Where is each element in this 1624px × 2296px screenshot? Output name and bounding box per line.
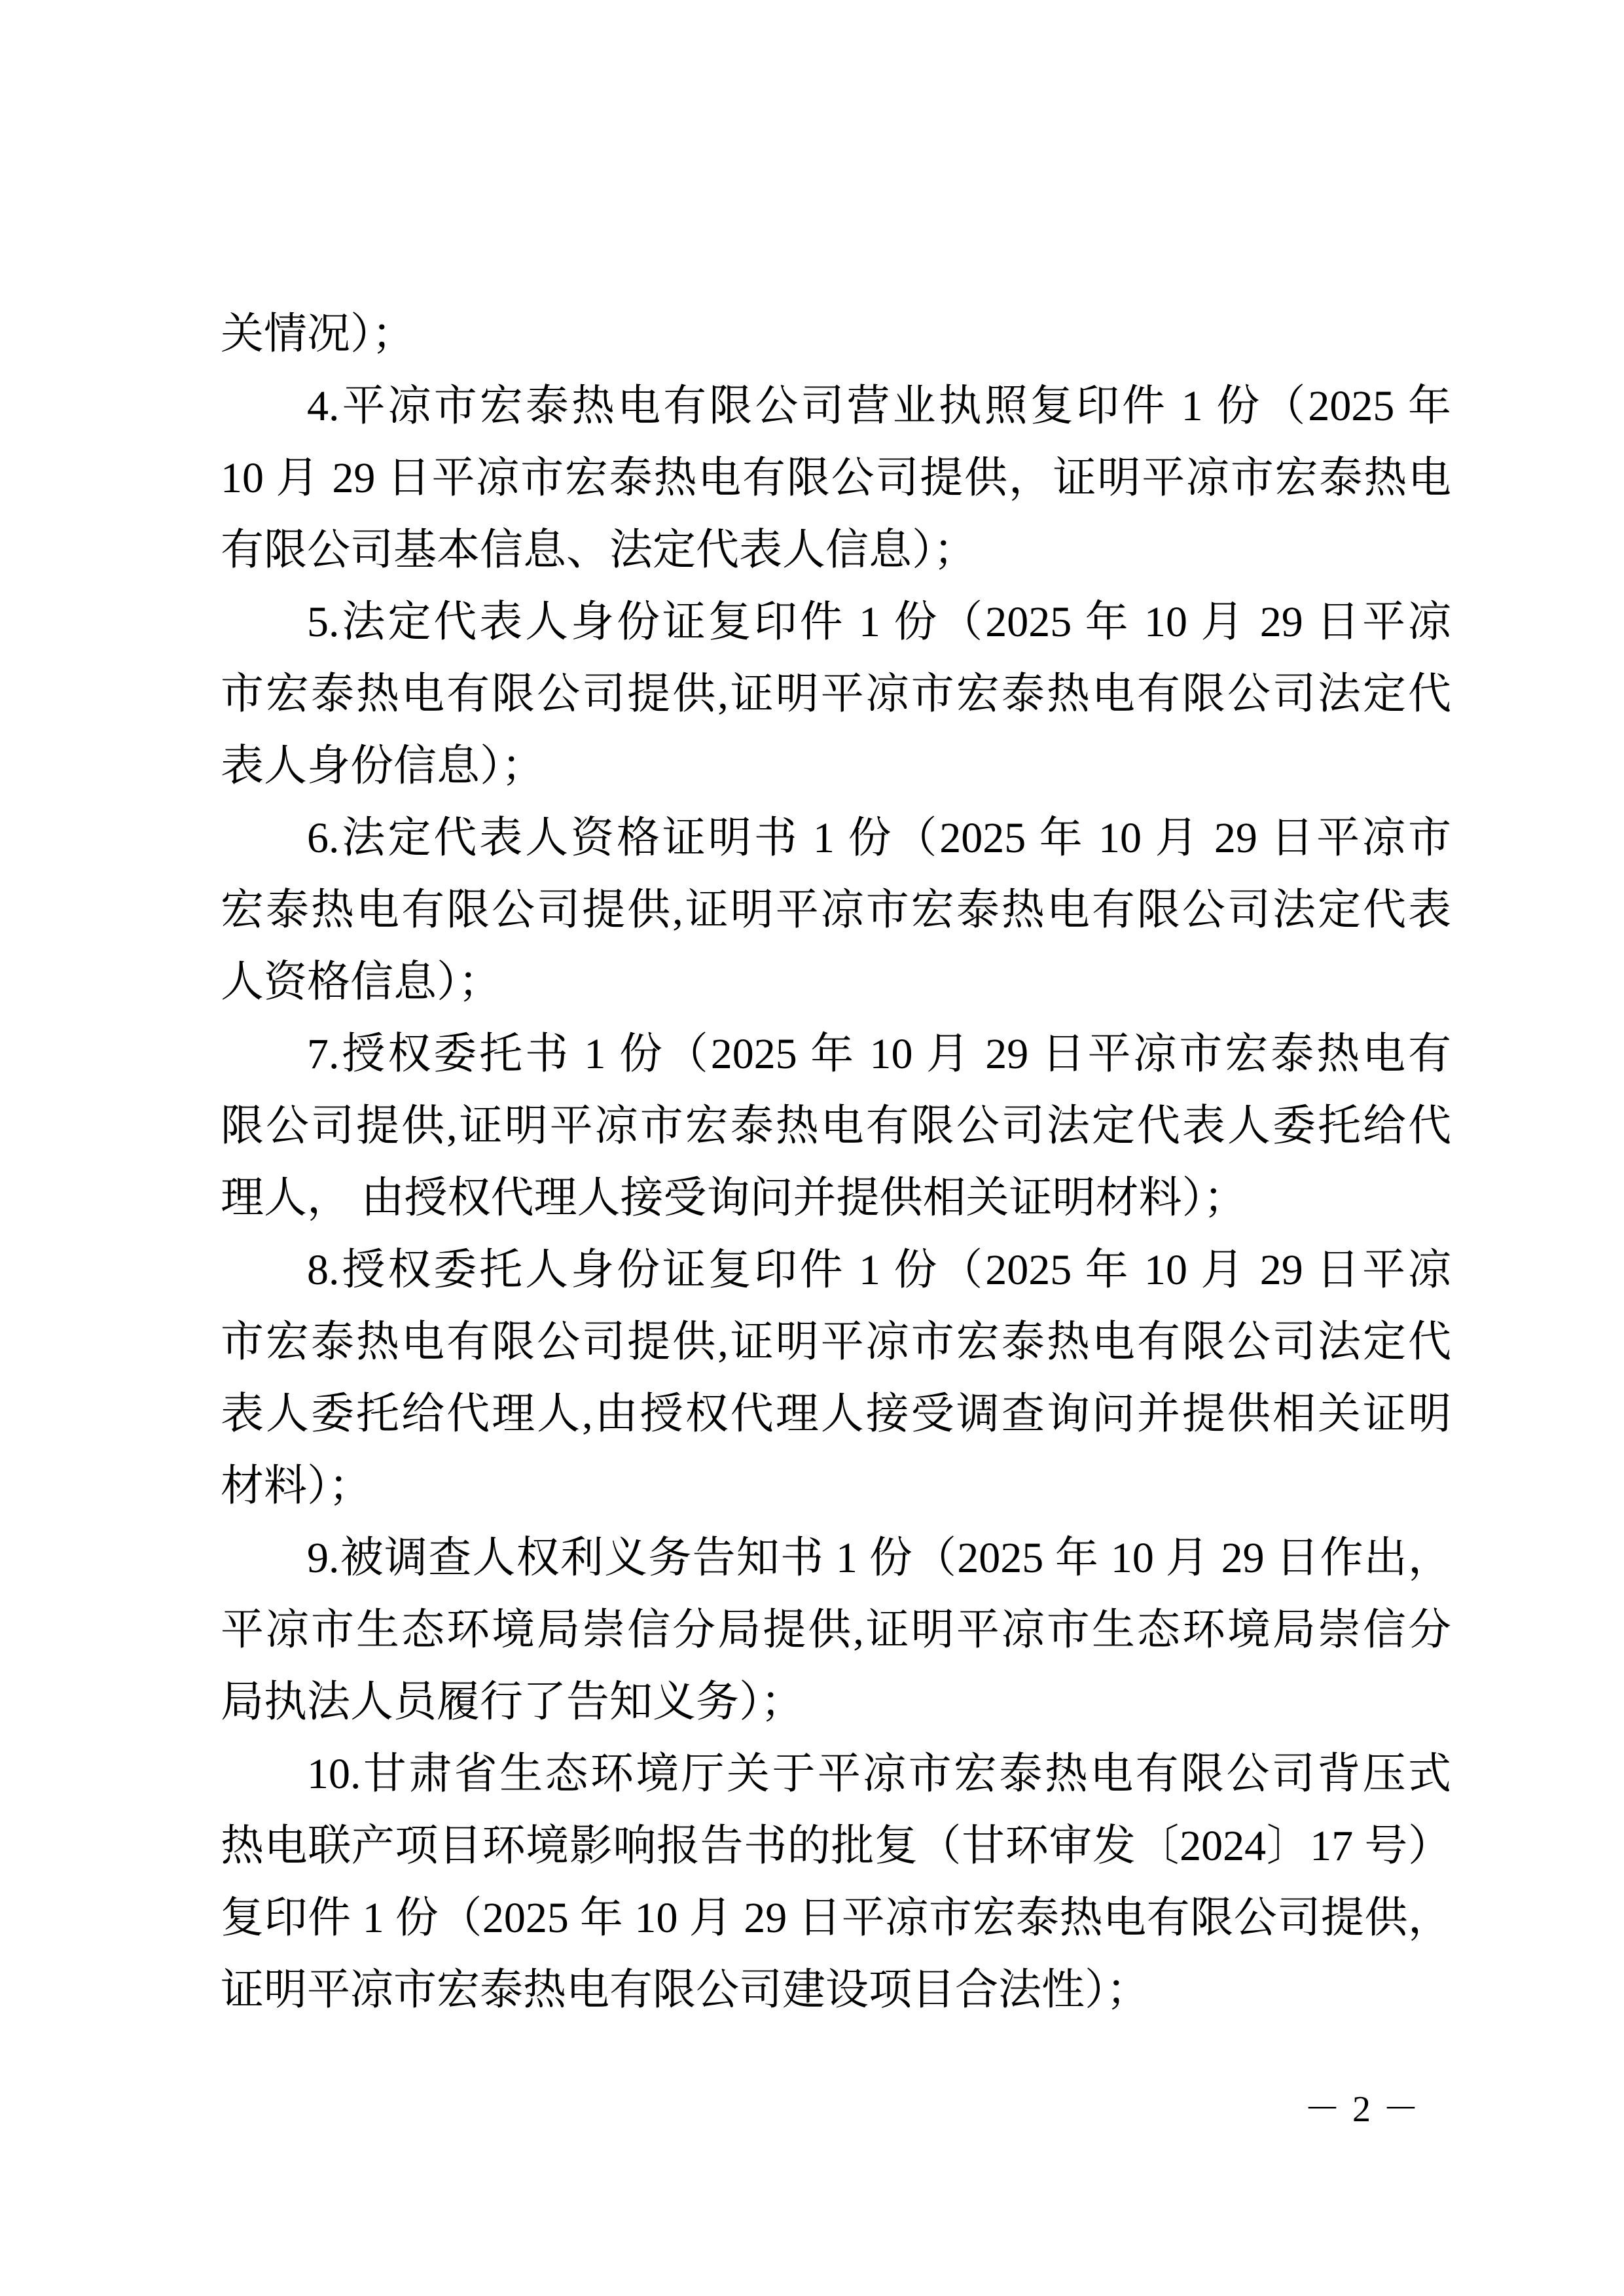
paragraph-item-7: 7.授权委托书 1 份（2025 年 10 月 29 日平凉市宏泰热电有限公司提… (221, 1018, 1451, 1234)
text-line: 复印件 1 份（2025 年 10 月 29 日平凉市宏泰热电有限公司提供， (221, 1882, 1451, 1954)
text-line: 市宏泰热电有限公司提供,证明平凉市宏泰热电有限公司法定代 (221, 658, 1451, 730)
text-line: 10 月 29 日平凉市宏泰热电有限公司提供，证明平凉市宏泰热电 (221, 442, 1451, 514)
text-line: 4.平凉市宏泰热电有限公司营业执照复印件 1 份（2025 年 (221, 370, 1451, 442)
text-line: 限公司提供,证明平凉市宏泰热电有限公司法定代表人委托给代 (221, 1090, 1451, 1162)
text-line: 人资格信息）； (221, 946, 1451, 1018)
text-line: 有限公司基本信息、法定代表人信息）； (221, 514, 1451, 586)
paragraph-continuation: 关情况）； (221, 298, 1451, 370)
paragraph-item-8: 8.授权委托人身份证复印件 1 份（2025 年 10 月 29 日平凉市宏泰热… (221, 1234, 1451, 1522)
text-line: 关情况）； (221, 298, 1451, 370)
document-body: 关情况）；4.平凉市宏泰热电有限公司营业执照复印件 1 份（2025 年10 月… (221, 298, 1451, 2026)
page-number: － 2 － (1304, 2073, 1420, 2145)
text-line: 5.法定代表人身份证复印件 1 份（2025 年 10 月 29 日平凉 (221, 586, 1451, 658)
text-line: 8.授权委托人身份证复印件 1 份（2025 年 10 月 29 日平凉 (221, 1234, 1451, 1306)
text-line: 证明平凉市宏泰热电有限公司建设项目合法性）； (221, 1954, 1451, 2026)
document-page: 关情况）；4.平凉市宏泰热电有限公司营业执照复印件 1 份（2025 年10 月… (0, 0, 1624, 2296)
text-line: 理人， 由授权代理人接受询问并提供相关证明材料）； (221, 1162, 1451, 1234)
paragraph-item-10: 10.甘肃省生态环境厅关于平凉市宏泰热电有限公司背压式热电联产项目环境影响报告书… (221, 1738, 1451, 2026)
text-line: 局执法人员履行了告知义务）； (221, 1666, 1451, 1738)
paragraph-item-9: 9.被调查人权利义务告知书 1 份（2025 年 10 月 29 日作出，平凉市… (221, 1522, 1451, 1738)
text-line: 市宏泰热电有限公司提供,证明平凉市宏泰热电有限公司法定代 (221, 1306, 1451, 1378)
paragraph-item-4: 4.平凉市宏泰热电有限公司营业执照复印件 1 份（2025 年10 月 29 日… (221, 370, 1451, 586)
paragraph-item-5: 5.法定代表人身份证复印件 1 份（2025 年 10 月 29 日平凉市宏泰热… (221, 586, 1451, 802)
text-line: 6.法定代表人资格证明书 1 份（2025 年 10 月 29 日平凉市 (221, 802, 1451, 874)
text-line: 材料）； (221, 1450, 1451, 1522)
text-line: 热电联产项目环境影响报告书的批复（甘环审发〔2024〕17 号） (221, 1810, 1451, 1882)
text-line: 平凉市生态环境局崇信分局提供,证明平凉市生态环境局崇信分 (221, 1594, 1451, 1666)
text-line: 9.被调查人权利义务告知书 1 份（2025 年 10 月 29 日作出， (221, 1522, 1451, 1594)
text-line: 表人委托给代理人,由授权代理人接受调查询问并提供相关证明 (221, 1378, 1451, 1450)
text-line: 10.甘肃省生态环境厅关于平凉市宏泰热电有限公司背压式 (221, 1738, 1451, 1810)
paragraph-item-6: 6.法定代表人资格证明书 1 份（2025 年 10 月 29 日平凉市宏泰热电… (221, 802, 1451, 1018)
text-line: 宏泰热电有限公司提供,证明平凉市宏泰热电有限公司法定代表 (221, 874, 1451, 946)
text-line: 表人身份信息）； (221, 730, 1451, 802)
text-line: 7.授权委托书 1 份（2025 年 10 月 29 日平凉市宏泰热电有 (221, 1018, 1451, 1090)
